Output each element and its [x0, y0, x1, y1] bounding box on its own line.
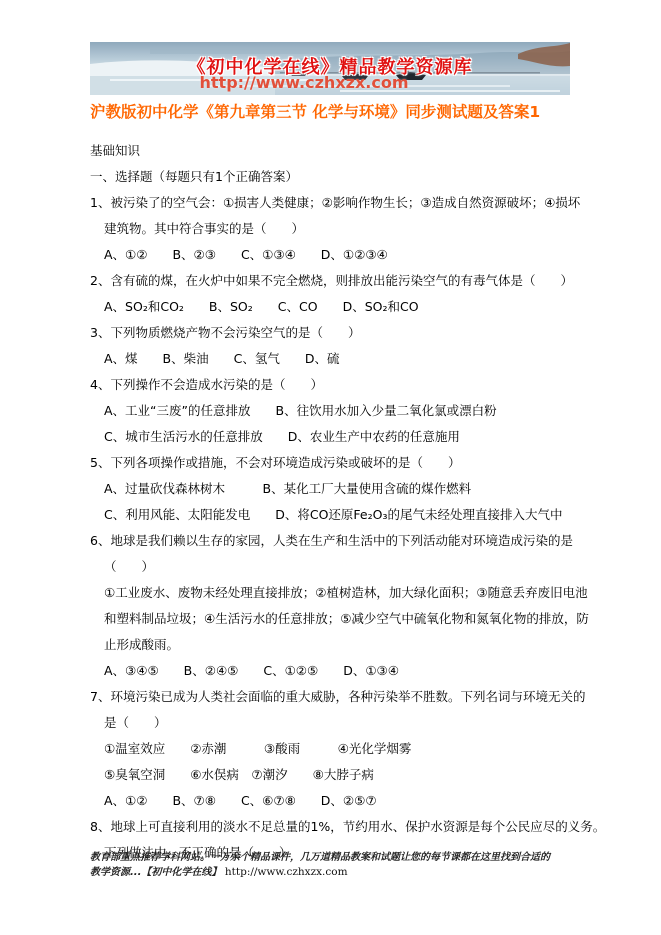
document-title: 沪教版初中化学《第九章第三节 化学与环境》同步测试题及答案1 [90, 102, 572, 123]
q4-stem: 4、下列操作不会造成水污染的是（ ） [90, 372, 572, 398]
footer-site-url-link[interactable]: http://www.czhxzx.com [225, 866, 348, 878]
q5-stem: 5、下列各项操作或措施，不会对环境造成污染或破坏的是（ ） [90, 450, 572, 476]
q7-items-2: ⑤臭氧空洞 ⑥水俣病 ⑦潮汐 ⑧大脖子病 [90, 762, 572, 788]
q8-stem: 8、地球上可直接利用的淡水不足总量的1%，节约用水、保护水资源是每个公民应尽的义… [90, 814, 572, 840]
site-banner: 《初中化学在线》精品教学资源库 http://www.czhxzx.com [90, 42, 570, 95]
section-subheading: 一、选择题（每题只有1个正确答案） [90, 164, 572, 190]
q5-options-cd: C、利用风能、太阳能发电 D、将CO还原Fe₂O₃的尾气未经处理直接排入大气中 [90, 502, 572, 528]
q5-options-ab: A、过量砍伐森林树木 B、某化工厂大量使用含硫的煤作燃料 [90, 476, 572, 502]
q3-stem: 3、下列物质燃烧产物不会污染空气的是（ ） [90, 320, 572, 346]
document-content: 《初中化学在线》精品教学资源库 http://www.czhxzx.com 沪教… [90, 42, 572, 866]
q6-paren: （ ） [90, 554, 572, 580]
page: 《初中化学在线》精品教学资源库 http://www.czhxzx.com 沪教… [0, 0, 661, 935]
q1-stem: 1、被污染了的空气会：①损害人类健康；②影响作物生长；③造成自然资源破坏；④损坏 [90, 190, 572, 216]
q7-options: A、①② B、⑦⑧ C、⑥⑦⑧ D、②⑤⑦ [90, 788, 572, 814]
footer-promo: 教育部重点推荐学科网站。一万余个精品课件，几万道精品教案和试题让您的每节课都在这… [90, 850, 590, 880]
banner-site-url-link[interactable]: http://www.czhxzx.com [90, 73, 544, 92]
q4-options-ab: A、工业“三废”的任意排放 B、往饮用水加入少量二氧化氯或漂白粉 [90, 398, 572, 424]
footer-line-2: 教学资源...【初中化学在线】 http://www.czhxzx.com [90, 865, 590, 880]
q7-items-1: ①温室效应 ②赤潮 ③酸雨 ④光化学烟雾 [90, 736, 572, 762]
q6-options: A、③④⑤ B、②④⑤ C、①②⑤ D、①③④ [90, 658, 572, 684]
q2-stem: 2、含有硫的煤，在火炉中如果不完全燃烧，则排放出能污染空气的有毒气体是（ ） [90, 268, 572, 294]
q2-options: A、SO₂和CO₂ B、SO₂ C、CO D、SO₂和CO [90, 294, 572, 320]
q4-options-cd: C、城市生活污水的任意排放 D、农业生产中农药的任意施用 [90, 424, 572, 450]
q3-options: A、煤 B、柴油 C、氢气 D、硫 [90, 346, 572, 372]
q7-stem: 7、环境污染已成为人类社会面临的重大威胁，各种污染举不胜数。下列名词与环境无关的 [90, 684, 572, 710]
q6-items-1: ①工业废水、废物未经处理直接排放；②植树造林，加大绿化面积；③随意丢弃废旧电池 [90, 580, 572, 606]
q1-options: A、①② B、②③ C、①③④ D、①②③④ [90, 242, 572, 268]
q6-items-2: 和塑料制品垃圾；④生活污水的任意排放；⑤减少空气中硫氧化物和氮氧化物的排放，防 [90, 606, 572, 632]
q7-continuation: 是（ ） [90, 710, 572, 736]
footer-line-2-text: 教学资源...【初中化学在线】 [90, 867, 221, 878]
q6-stem: 6、地球是我们赖以生存的家园，人类在生产和生活中的下列活动能对环境造成污染的是 [90, 528, 572, 554]
q1-continuation: 建筑物。其中符合事实的是（ ） [90, 216, 572, 242]
section-heading: 基础知识 [90, 138, 572, 164]
document-body: 基础知识 一、选择题（每题只有1个正确答案） 1、被污染了的空气会：①损害人类健… [90, 138, 572, 866]
q6-items-3: 止形成酸雨。 [90, 632, 572, 658]
footer-line-1: 教育部重点推荐学科网站。一万余个精品课件，几万道精品教案和试题让您的每节课都在这… [90, 850, 590, 865]
